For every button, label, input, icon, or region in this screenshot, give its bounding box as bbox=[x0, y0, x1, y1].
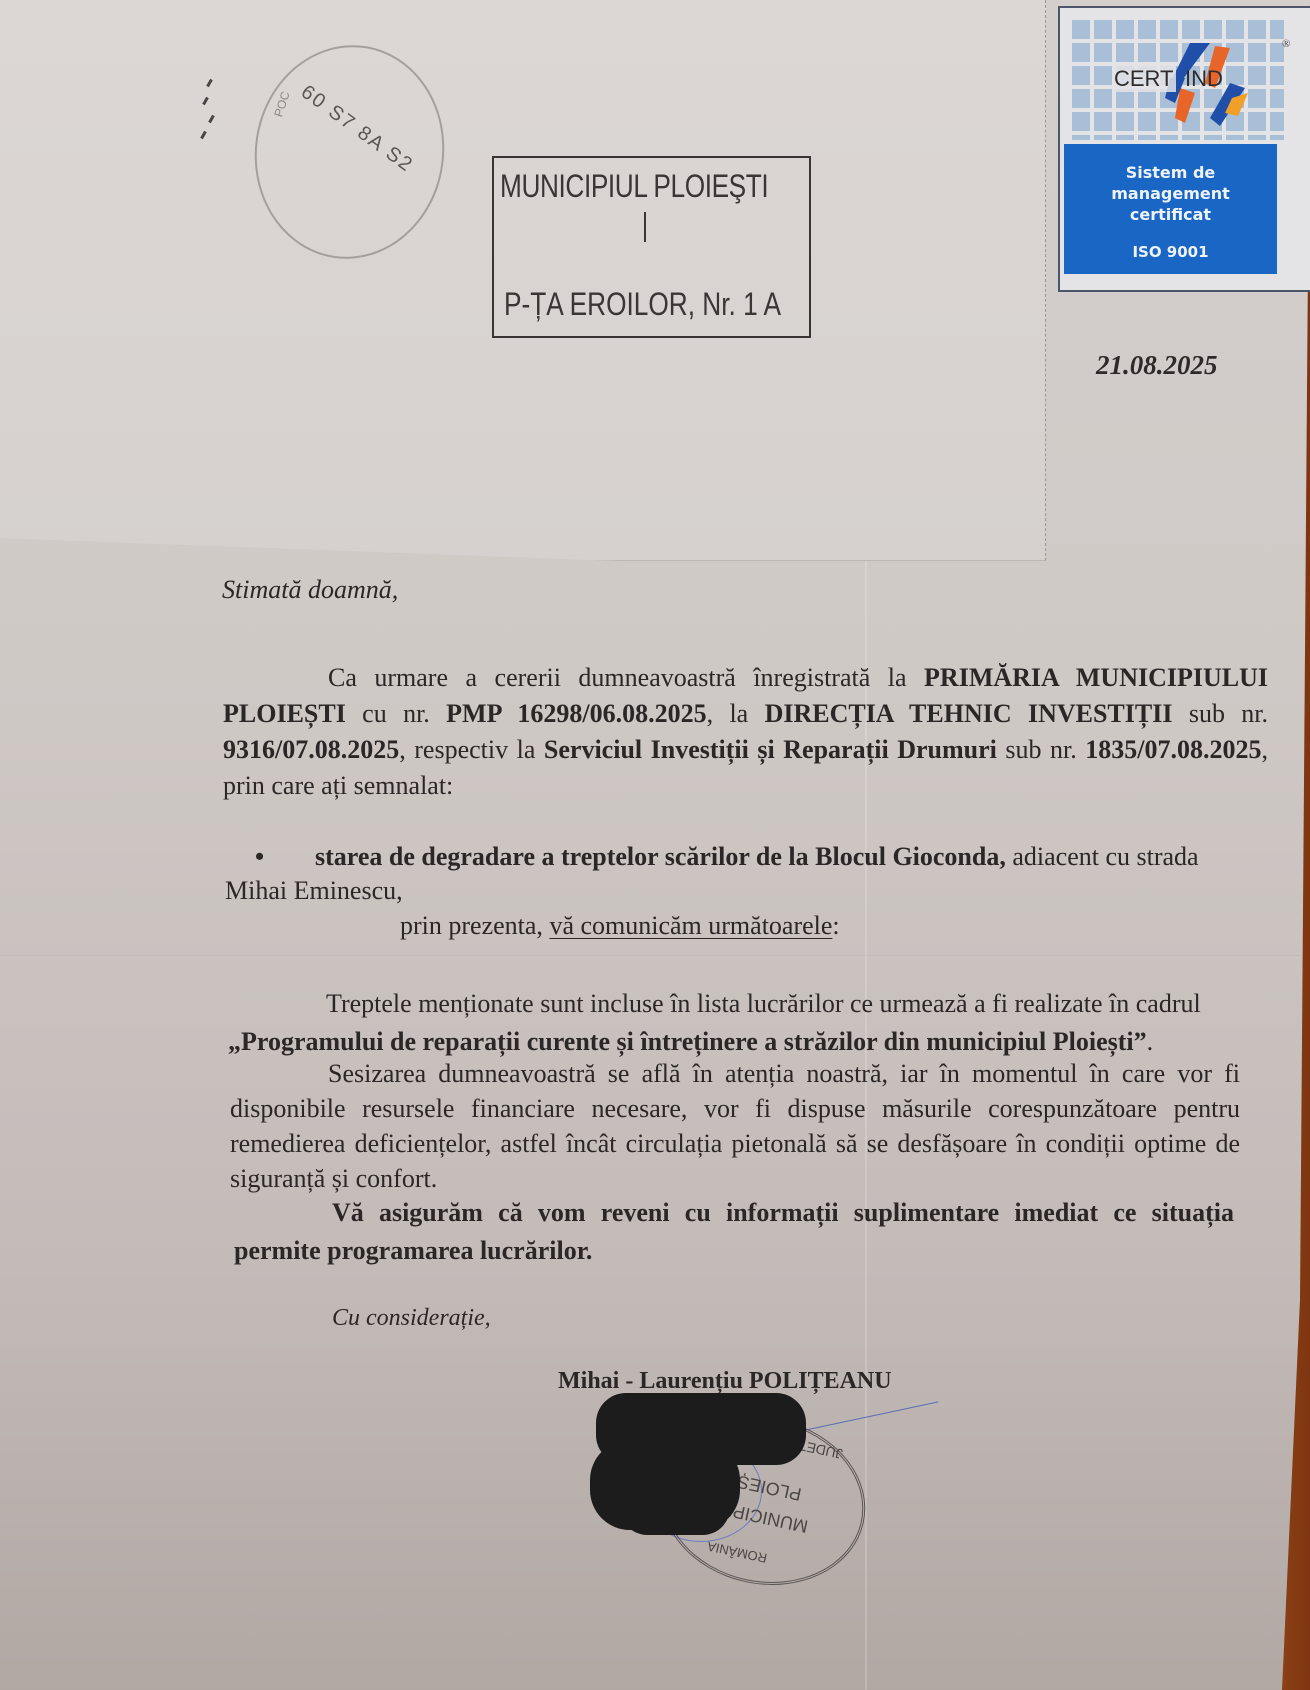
stamp-address: P-ȚA EROILOR, Nr. 1 A bbox=[504, 286, 781, 323]
cert-brand-right: IND bbox=[1185, 66, 1223, 92]
registered-mark: ® bbox=[1282, 38, 1290, 50]
paragraph-reference: Ca urmare a cererii dumneavoastră înregi… bbox=[223, 660, 1268, 804]
reference-bold-segment: Serviciul Investiții și Reparații Drumur… bbox=[544, 735, 997, 764]
reference-text-segment: cu nr. bbox=[346, 699, 446, 728]
reference-bold-segment: 9316/07.08.2025 bbox=[223, 735, 399, 764]
redaction-mark bbox=[620, 1480, 730, 1535]
letter-date: 21.08.2025 bbox=[1096, 350, 1218, 381]
paragraph-followup: Vă asigurăm că vom reveni cu informații … bbox=[234, 1194, 1234, 1270]
list-item: •starea de degradare a treptelor scărilo… bbox=[225, 840, 1265, 908]
reference-text-segment: sub nr. bbox=[1172, 699, 1268, 728]
postmark-marks bbox=[200, 75, 230, 145]
paragraph-reference-text: Ca urmare a cererii dumneavoastră înregi… bbox=[223, 663, 1268, 800]
postmark-date-text: 60 S7 8A S2 bbox=[296, 81, 417, 178]
stamp-mark bbox=[644, 212, 646, 242]
reference-text-segment: Ca urmare a cererii dumneavoastră înregi… bbox=[328, 663, 924, 692]
paragraph-program-end: . bbox=[1147, 1027, 1154, 1056]
reference-bold-segment: PMP 16298/06.08.2025 bbox=[446, 699, 706, 728]
stamp-municipality: MUNICIPIUL PLOIEŞTI bbox=[500, 168, 768, 205]
reference-bold-segment: DIRECȚIA TEHNIC INVESTIȚII bbox=[765, 699, 1173, 728]
program-name: „Programului de reparații curente și înt… bbox=[228, 1027, 1147, 1056]
paragraph-followup-text: Vă asigurăm că vom reveni cu informații … bbox=[234, 1198, 1234, 1265]
paper-fold bbox=[0, 955, 1300, 956]
transition-end: : bbox=[832, 911, 839, 940]
reference-text-segment: sub nr. bbox=[997, 735, 1085, 764]
closing: Cu considerație, bbox=[332, 1305, 491, 1332]
cert-caption-line1: Sistem de management bbox=[1064, 162, 1277, 204]
postmark-side-text: POC bbox=[271, 90, 292, 119]
salutation: Stimată doamnă, bbox=[222, 575, 398, 605]
seal-text-country: ROMÂNIA bbox=[706, 1539, 768, 1566]
cert-standard: ISO 9001 bbox=[1064, 243, 1277, 261]
reference-text-segment: , la bbox=[707, 699, 765, 728]
transition-underlined: vă comunicăm următoarele bbox=[549, 911, 832, 940]
reference-bold-segment: 1835/07.08.2025 bbox=[1085, 735, 1261, 764]
signer-name: Mihai - Laurențiu POLIȚEANU bbox=[558, 1368, 892, 1395]
reported-issues-list: •starea de degradare a treptelor scărilo… bbox=[225, 840, 1265, 908]
paragraph-attention: Sesizarea dumneavoastră se află în atenț… bbox=[230, 1056, 1240, 1196]
transition-text: prin prezenta, bbox=[400, 911, 549, 940]
paragraph-program: Treptele menționate sunt incluse în list… bbox=[228, 985, 1248, 1061]
bullet-icon: • bbox=[225, 840, 315, 874]
cert-brand-left: CERT bbox=[1112, 66, 1176, 92]
issue-bold-text: starea de degradare a treptelor scărilor… bbox=[315, 842, 1006, 871]
transition-line: prin prezenta, vă comunicăm următoarele: bbox=[400, 911, 840, 941]
certind-iso-logo: CERT IND ® Sistem de management certific… bbox=[1058, 6, 1310, 292]
certification-caption-box: Sistem de management certificat ISO 9001 bbox=[1064, 144, 1277, 274]
paragraph-attention-text: Sesizarea dumneavoastră se află în atenț… bbox=[230, 1059, 1240, 1193]
address-stamp: MUNICIPIUL PLOIEŞTI P-ȚA EROILOR, Nr. 1 … bbox=[492, 156, 811, 338]
reference-text-segment: , respectiv la bbox=[399, 735, 544, 764]
cert-caption-line2: certificat bbox=[1064, 204, 1277, 225]
paragraph-program-text: Treptele menționate sunt incluse în list… bbox=[326, 989, 1201, 1018]
